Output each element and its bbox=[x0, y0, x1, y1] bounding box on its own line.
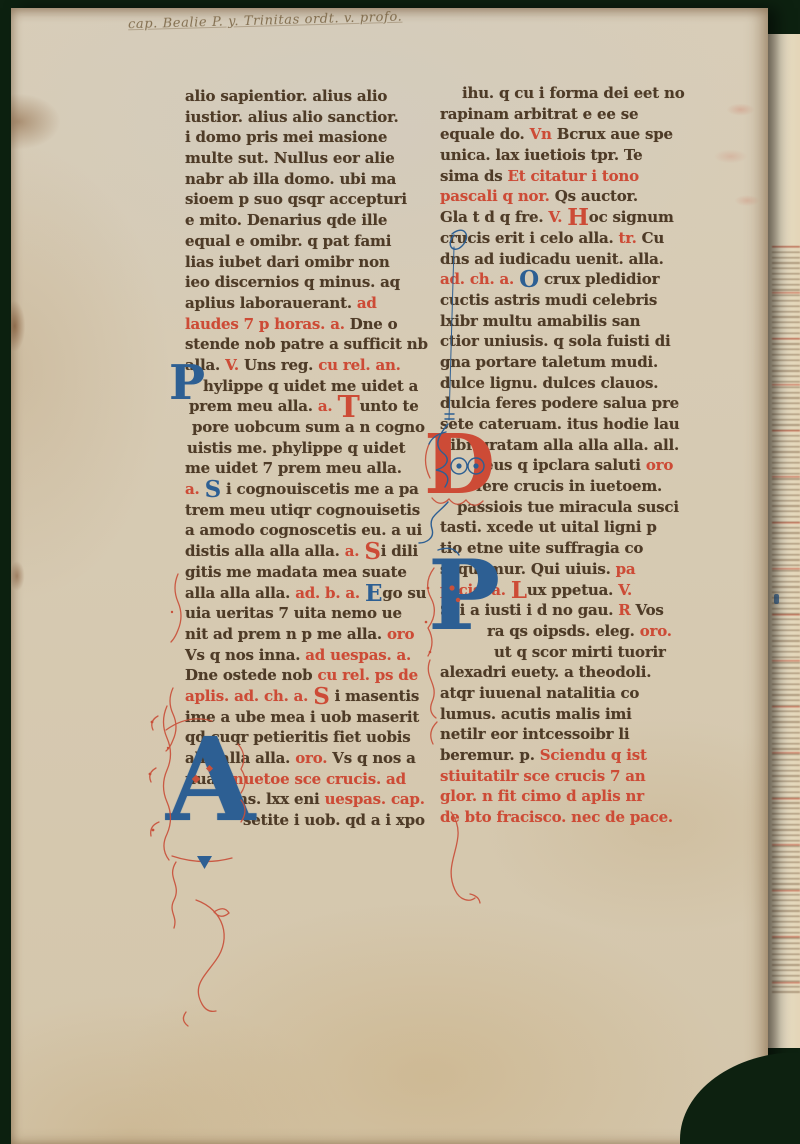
photo-background: cap. Bealie P. y. Trinitas ordt. v. prof… bbox=[0, 0, 800, 1144]
text-line: ad. ch. a. O crux pledidior bbox=[440, 269, 716, 290]
rubric-text: ad. ch. a. bbox=[440, 270, 519, 288]
text-line: lxibr multu amabilis san bbox=[440, 311, 716, 332]
ink-text: uistis me. phylippe q uidet bbox=[187, 439, 405, 457]
rubric-text: tr. bbox=[619, 229, 642, 247]
ink-text: multe sut. Nullus eor alie bbox=[185, 149, 395, 167]
ink-text: alla alla alla. bbox=[185, 584, 295, 602]
rubric-text: ad bbox=[357, 294, 377, 312]
text-line: sioem p suo qsqr accepturi bbox=[185, 189, 428, 210]
ink-text: atqr iuuenal natalitia co bbox=[440, 684, 639, 702]
ink-text: Vs q nos a bbox=[332, 749, 415, 767]
text-line: netilr eor intcessoibr li bbox=[440, 724, 716, 745]
ink-text: ux ppetua. bbox=[527, 581, 618, 599]
ink-text: crux pledidior bbox=[539, 270, 659, 288]
text-line: de bto fracisco. nec de pace. bbox=[440, 807, 716, 828]
text-line: alexadri euety. a theodoli. bbox=[440, 662, 716, 683]
text-line: eus q ipclara saluti oro bbox=[440, 455, 716, 476]
ink-text: ime a ube mea i uob maserit bbox=[185, 708, 419, 726]
text-line: ime a ube mea i uob maserit bbox=[185, 707, 428, 728]
rubric-text: uespas. cap. bbox=[325, 790, 425, 808]
text-line: sequamur. Qui uiuis. pa bbox=[440, 559, 716, 580]
facing-page-text-lines bbox=[772, 246, 800, 993]
ink-text: Bcrux aue spe bbox=[557, 125, 673, 143]
rubric-text: cu rel. an. bbox=[318, 356, 401, 374]
ink-text: dulce lignu. dulces clauos. bbox=[440, 374, 658, 392]
text-line: tio etne uite suffragia co bbox=[440, 538, 716, 559]
rubric-text: glor. n fit cimo d aplis nr bbox=[440, 787, 644, 805]
ink-text: Dne o bbox=[350, 315, 398, 333]
ink-text: eus q ipclara saluti bbox=[484, 456, 646, 474]
text-line: sima ds Et citatur i tono bbox=[440, 166, 716, 187]
ink-text: unto te bbox=[360, 397, 419, 415]
rubric-text: V. bbox=[618, 581, 632, 599]
text-line: a. S i cognouiscetis me a pa bbox=[185, 479, 428, 500]
ink-text: Sci a iusti i d no gau. bbox=[440, 601, 618, 619]
text-line: dulce lignu. dulces clauos. bbox=[440, 373, 716, 394]
ink-text: dulcia feres podere salua pre bbox=[440, 394, 679, 412]
initial-letter: S bbox=[313, 683, 329, 710]
ink-text: Dne ostede nob bbox=[185, 666, 317, 684]
rubric-text: Inuetoe sce crucis. ad bbox=[226, 770, 406, 788]
text-line: alla alla alla. oro. Vs q nos a bbox=[185, 748, 428, 769]
text-line: ra qs oipsds. eleg. oro. bbox=[440, 621, 716, 642]
text-line: dulcia feres podere salua pre bbox=[440, 393, 716, 414]
rubric-text: oro. bbox=[640, 622, 672, 640]
rubric-text: de bto fracisco. nec de pace. bbox=[440, 808, 673, 826]
ink-text: equale do. bbox=[440, 125, 530, 143]
ink-text: pore uobcum sum a n cogno bbox=[192, 418, 425, 436]
text-line: ieo discernios q minus. aq bbox=[185, 272, 428, 293]
ink-text: i dili bbox=[381, 542, 418, 560]
text-line: hylippe q uidet me uidet a bbox=[185, 376, 428, 397]
ink-text: sequamur. Qui uiuis. bbox=[440, 560, 616, 578]
rubric-text: laudes 7 p horas. a. bbox=[185, 315, 350, 333]
ink-text: distis alla alla alla. bbox=[185, 542, 345, 560]
ink-text: prem meu alla. bbox=[189, 397, 318, 415]
ink-text: unica. lax iuetiois tpr. Te bbox=[440, 146, 643, 164]
ink-text: Gla t d q fre. bbox=[440, 208, 548, 226]
text-line: atqr iuuenal natalitia co bbox=[440, 683, 716, 704]
ink-text: go su bbox=[382, 584, 426, 602]
text-line: ns. lxx eni uespas. cap. bbox=[185, 789, 428, 810]
ink-text: Vs q nos inna. bbox=[185, 646, 305, 664]
text-line: passiois tue miracula susci bbox=[440, 497, 716, 518]
ink-text: Uns reg. bbox=[244, 356, 318, 374]
ink-text: alla. bbox=[185, 356, 225, 374]
text-line: e mito. Denarius qde ille bbox=[185, 210, 428, 231]
text-line: ctior uniusis. q sola fuisti di bbox=[440, 331, 716, 352]
ink-text: i cognouiscetis me a pa bbox=[221, 480, 419, 498]
text-line: Sci a iusti i d no gau. R Vos bbox=[440, 600, 716, 621]
facing-page-edge bbox=[764, 34, 800, 1048]
ink-text: ihu. q cu i forma dei eet no bbox=[462, 84, 685, 102]
text-line: cuctis astris mudi celebris bbox=[440, 290, 716, 311]
text-line: setite i uob. qd a i xpo bbox=[185, 810, 428, 831]
ink-text: hylippe q uidet me uidet a bbox=[203, 377, 418, 395]
text-line: rapinam arbitrat e ee se bbox=[440, 104, 716, 125]
text-line: qd cuqr petieritis fiet uobis bbox=[185, 727, 428, 748]
ink-text: alexadri euety. a theodoli. bbox=[440, 663, 651, 681]
text-line: uistis me. phylippe q uidet bbox=[185, 438, 428, 459]
ink-text: a amodo cognoscetis eu. a ui bbox=[185, 521, 422, 539]
ink-text: sete cateruam. itus hodie lau bbox=[440, 415, 679, 433]
ink-text: crucis erit i celo alla. bbox=[440, 229, 619, 247]
ink-text: qd cuqr petieritis fiet uobis bbox=[185, 728, 411, 746]
ink-text: dns ad iudicadu uenit. alla. bbox=[440, 250, 664, 268]
text-line: lias iubet dari omibr non bbox=[185, 252, 428, 273]
text-line: stiuitatilr sce crucis 7 an bbox=[440, 766, 716, 787]
text-line: dibr qratam alla alla alla. all. bbox=[440, 435, 716, 456]
ink-text: lias iubet dari omibr non bbox=[185, 253, 390, 271]
ink-text: gitis me madata mea suate bbox=[185, 563, 407, 581]
text-line: pscis. a. Lux ppetua. V. bbox=[440, 580, 716, 601]
ink-text: stende nob patre a sufficit nb bbox=[185, 335, 428, 353]
rubric-text: Et citatur i tono bbox=[508, 167, 639, 185]
column-right: ihu. q cu i forma dei eet norapinam arbi… bbox=[440, 83, 716, 828]
text-line: tasti. xcede ut uital ligni p bbox=[440, 517, 716, 538]
text-line: crucis erit i celo alla. tr. Cu bbox=[440, 228, 716, 249]
text-line: lumus. acutis malis imi bbox=[440, 704, 716, 725]
ink-text: gna portare taletum mudi. bbox=[440, 353, 658, 371]
rubric-text: pascali q nor. bbox=[440, 187, 555, 205]
text-line: equale do. Vn Bcrux aue spe bbox=[440, 124, 716, 145]
text-line: equal e omibr. q pat fami bbox=[185, 231, 428, 252]
ink-text: Cu bbox=[642, 229, 664, 247]
rubric-text: stiuitatilr sce crucis 7 an bbox=[440, 767, 645, 785]
ink-text: netilr eor intcessoibr li bbox=[440, 725, 629, 743]
text-line: pore uobcum sum a n cogno bbox=[185, 417, 428, 438]
ink-text: alla alla alla. bbox=[185, 749, 295, 767]
column-left: alio sapientior. alius alioiustior. aliu… bbox=[185, 86, 428, 831]
text-line: unica. lax iuetiois tpr. Te bbox=[440, 145, 716, 166]
ink-text: ieo discernios q minus. aq bbox=[185, 273, 400, 291]
rubric-text: aplis. ad. ch. a. bbox=[185, 687, 313, 705]
text-line: aplis. ad. ch. a. S i masentis bbox=[185, 686, 428, 707]
ink-text: dibr qratam alla alla alla. all. bbox=[440, 436, 679, 454]
text-line: beremur. p. Sciendu q ist bbox=[440, 745, 716, 766]
rubric-text: pa bbox=[616, 560, 636, 578]
rubric-text: pscis. a. bbox=[440, 581, 511, 599]
text-line: i domo pris mei masione bbox=[185, 127, 428, 148]
text-line: gna portare taletum mudi. bbox=[440, 352, 716, 373]
text-line: nabr ab illa domo. ubi ma bbox=[185, 169, 428, 190]
text-line: distis alla alla alla. a. Si dili bbox=[185, 541, 428, 562]
ink-text: me uidet 7 prem meu alla. bbox=[185, 459, 402, 477]
ink-text: cuctis astris mudi celebris bbox=[440, 291, 657, 309]
ink-text: beremur. p. bbox=[440, 746, 540, 764]
ink-text: uia ueritas 7 uita nemo ue bbox=[185, 604, 402, 622]
rubric-text: oro bbox=[646, 456, 673, 474]
ink-text: equal e omibr. q pat fami bbox=[185, 232, 391, 250]
text-line: stende nob patre a sufficit nb bbox=[185, 334, 428, 355]
rubric-text: a. bbox=[185, 480, 205, 498]
rubric-text: oro bbox=[387, 625, 414, 643]
rubric-text: a. bbox=[318, 397, 338, 415]
ink-text: oc signum bbox=[589, 208, 674, 226]
text-line: sete cateruam. itus hodie lau bbox=[440, 414, 716, 435]
text-line: trem meu utiqr cognouisetis bbox=[185, 500, 428, 521]
ink-text: trem meu utiqr cognouisetis bbox=[185, 501, 420, 519]
text-line: iustior. alius alio sanctior. bbox=[185, 107, 428, 128]
ink-text: lxibr multu amabilis san bbox=[440, 312, 640, 330]
ink-text: passiois tue miracula susci bbox=[457, 498, 679, 516]
ink-text: Vos bbox=[636, 601, 664, 619]
text-line: nit ad prem n p me alla. oro bbox=[185, 624, 428, 645]
text-line: aplius laborauerant. ad bbox=[185, 293, 428, 314]
text-line: laudes 7 p horas. a. Dne o bbox=[185, 314, 428, 335]
ink-text: i domo pris mei masione bbox=[185, 128, 387, 146]
ink-text: lumus. acutis malis imi bbox=[440, 705, 632, 723]
facing-page-initial-mark bbox=[774, 594, 779, 604]
rubric-text: cu rel. ps de bbox=[317, 666, 417, 684]
text-line: dns ad iudicadu uenit. alla. bbox=[440, 249, 716, 270]
text-line: me uidet 7 prem meu alla. bbox=[185, 458, 428, 479]
text-line: ut q scor mirti tuorir bbox=[440, 642, 716, 663]
ink-text: nabr ab illa domo. ubi ma bbox=[185, 170, 396, 188]
text-line: nua. Inuetoe sce crucis. ad bbox=[185, 769, 428, 790]
text-line: fere crucis in iuetoem. bbox=[440, 476, 716, 497]
rubric-text: ad uespas. a. bbox=[305, 646, 411, 664]
text-line: multe sut. Nullus eor alie bbox=[185, 148, 428, 169]
ink-text: sima ds bbox=[440, 167, 508, 185]
rubric-text: V. bbox=[548, 208, 567, 226]
rubric-text: oro. bbox=[295, 749, 332, 767]
text-line: alio sapientior. alius alio bbox=[185, 86, 428, 107]
text-line: Dne ostede nob cu rel. ps de bbox=[185, 665, 428, 686]
rubric-text: ad. b. a. bbox=[295, 584, 365, 602]
ink-text: e mito. Denarius qde ille bbox=[185, 211, 387, 229]
text-line: alla alla alla. ad. b. a. Ego su bbox=[185, 583, 428, 604]
ink-text: Qs auctor. bbox=[555, 187, 638, 205]
text-line: uia ueritas 7 uita nemo ue bbox=[185, 603, 428, 624]
ink-text: rapinam arbitrat e ee se bbox=[440, 105, 638, 123]
rubric-text: Sciendu q ist bbox=[540, 746, 647, 764]
ink-text: tio etne uite suffragia co bbox=[440, 539, 643, 557]
ink-text: alio sapientior. alius alio bbox=[185, 87, 387, 105]
ink-text: i masentis bbox=[330, 687, 420, 705]
ink-text: setite i uob. qd a i xpo bbox=[243, 811, 425, 829]
rubric-text: V. bbox=[225, 356, 244, 374]
ink-text: ut q scor mirti tuorir bbox=[494, 643, 666, 661]
ink-text: nit ad prem n p me alla. bbox=[185, 625, 387, 643]
ink-text: aplius laborauerant. bbox=[185, 294, 357, 312]
text-line: glor. n fit cimo d aplis nr bbox=[440, 786, 716, 807]
rubric-text: R bbox=[618, 601, 635, 619]
text-line: a amodo cognoscetis eu. a ui bbox=[185, 520, 428, 541]
ink-text: iustior. alius alio sanctior. bbox=[185, 108, 398, 126]
ink-text: ns. lxx eni bbox=[237, 790, 325, 808]
rubric-text: a. bbox=[345, 542, 365, 560]
text-line: gitis me madata mea suate bbox=[185, 562, 428, 583]
ink-text: ctior uniusis. q sola fuisti di bbox=[440, 332, 670, 350]
text-line: prem meu alla. a. Tunto te bbox=[185, 396, 428, 417]
ink-text: sioem p suo qsqr accepturi bbox=[185, 190, 407, 208]
text-line: alla. V. Uns reg. cu rel. an. bbox=[185, 355, 428, 376]
text-line: ihu. q cu i forma dei eet no bbox=[440, 83, 716, 104]
ink-text: fere crucis in iuetoem. bbox=[476, 477, 662, 495]
text-line: Gla t d q fre. V. Hoc signum bbox=[440, 207, 716, 228]
ink-text: tasti. xcede ut uital ligni p bbox=[440, 518, 657, 536]
ink-text: nua. bbox=[185, 770, 226, 788]
text-line: Vs q nos inna. ad uespas. a. bbox=[185, 645, 428, 666]
ink-text: ra qs oipsds. eleg. bbox=[487, 622, 640, 640]
rubric-text: Vn bbox=[530, 125, 557, 143]
